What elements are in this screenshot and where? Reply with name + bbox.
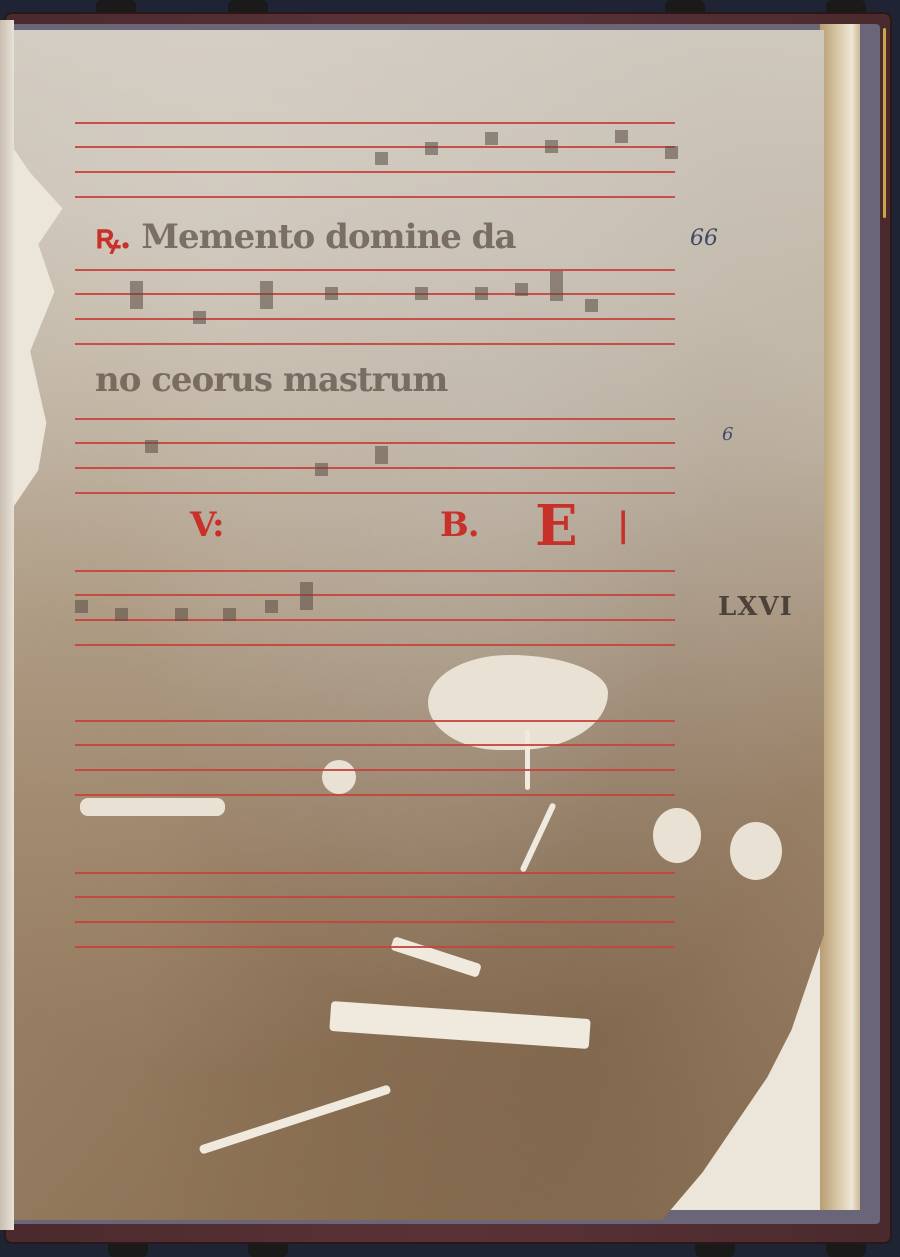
rubric-b: B. [440, 505, 479, 545]
neume [260, 281, 273, 309]
lyric-text: Memento domine da [141, 217, 515, 257]
lyric-text: no ceorus mastrum [95, 360, 447, 400]
neume [265, 600, 278, 613]
neume [585, 299, 598, 312]
neume [415, 287, 428, 300]
neume [515, 283, 528, 296]
red-initial: E [535, 493, 577, 559]
lyric-line-1: ꝶ. Memento domine da [95, 212, 515, 252]
neume [325, 287, 338, 300]
neume [315, 463, 328, 476]
music-staff-4 [75, 570, 675, 648]
rubric-respond: ꝶ. [95, 217, 130, 257]
rubric-bar: | [617, 505, 628, 545]
neume [485, 132, 498, 145]
neume [550, 271, 563, 301]
neume [475, 287, 488, 300]
neume [175, 608, 188, 621]
neume [665, 146, 678, 159]
neume [615, 130, 628, 143]
roman-folio-number: LXVI [718, 592, 793, 622]
neume [375, 446, 388, 464]
neume [130, 281, 143, 309]
neume [375, 152, 388, 165]
parchment-tear [80, 798, 225, 816]
pencil-mark: 6 [722, 424, 733, 445]
gutter-page-edge [0, 20, 14, 1230]
neume [115, 608, 128, 621]
lyric-line-2: no ceorus mastrum [95, 360, 447, 400]
neume [545, 140, 558, 153]
neume [193, 311, 206, 324]
rubric-versicle: V: [190, 505, 224, 545]
parchment-hole [653, 808, 701, 863]
music-staff-5 [75, 720, 675, 798]
neume [300, 582, 313, 610]
pencil-folio-number: 66 [690, 226, 718, 251]
page-stack-fore-edge [820, 24, 860, 1210]
music-staff-6 [75, 872, 675, 950]
music-staff-2 [75, 269, 675, 347]
neume [75, 600, 88, 613]
parchment-hole [730, 822, 782, 880]
music-staff-3 [75, 418, 675, 496]
neume [145, 440, 158, 453]
music-staff-1 [75, 122, 675, 200]
gilt-edge [883, 28, 886, 218]
neume [425, 142, 438, 155]
neume [223, 608, 236, 621]
